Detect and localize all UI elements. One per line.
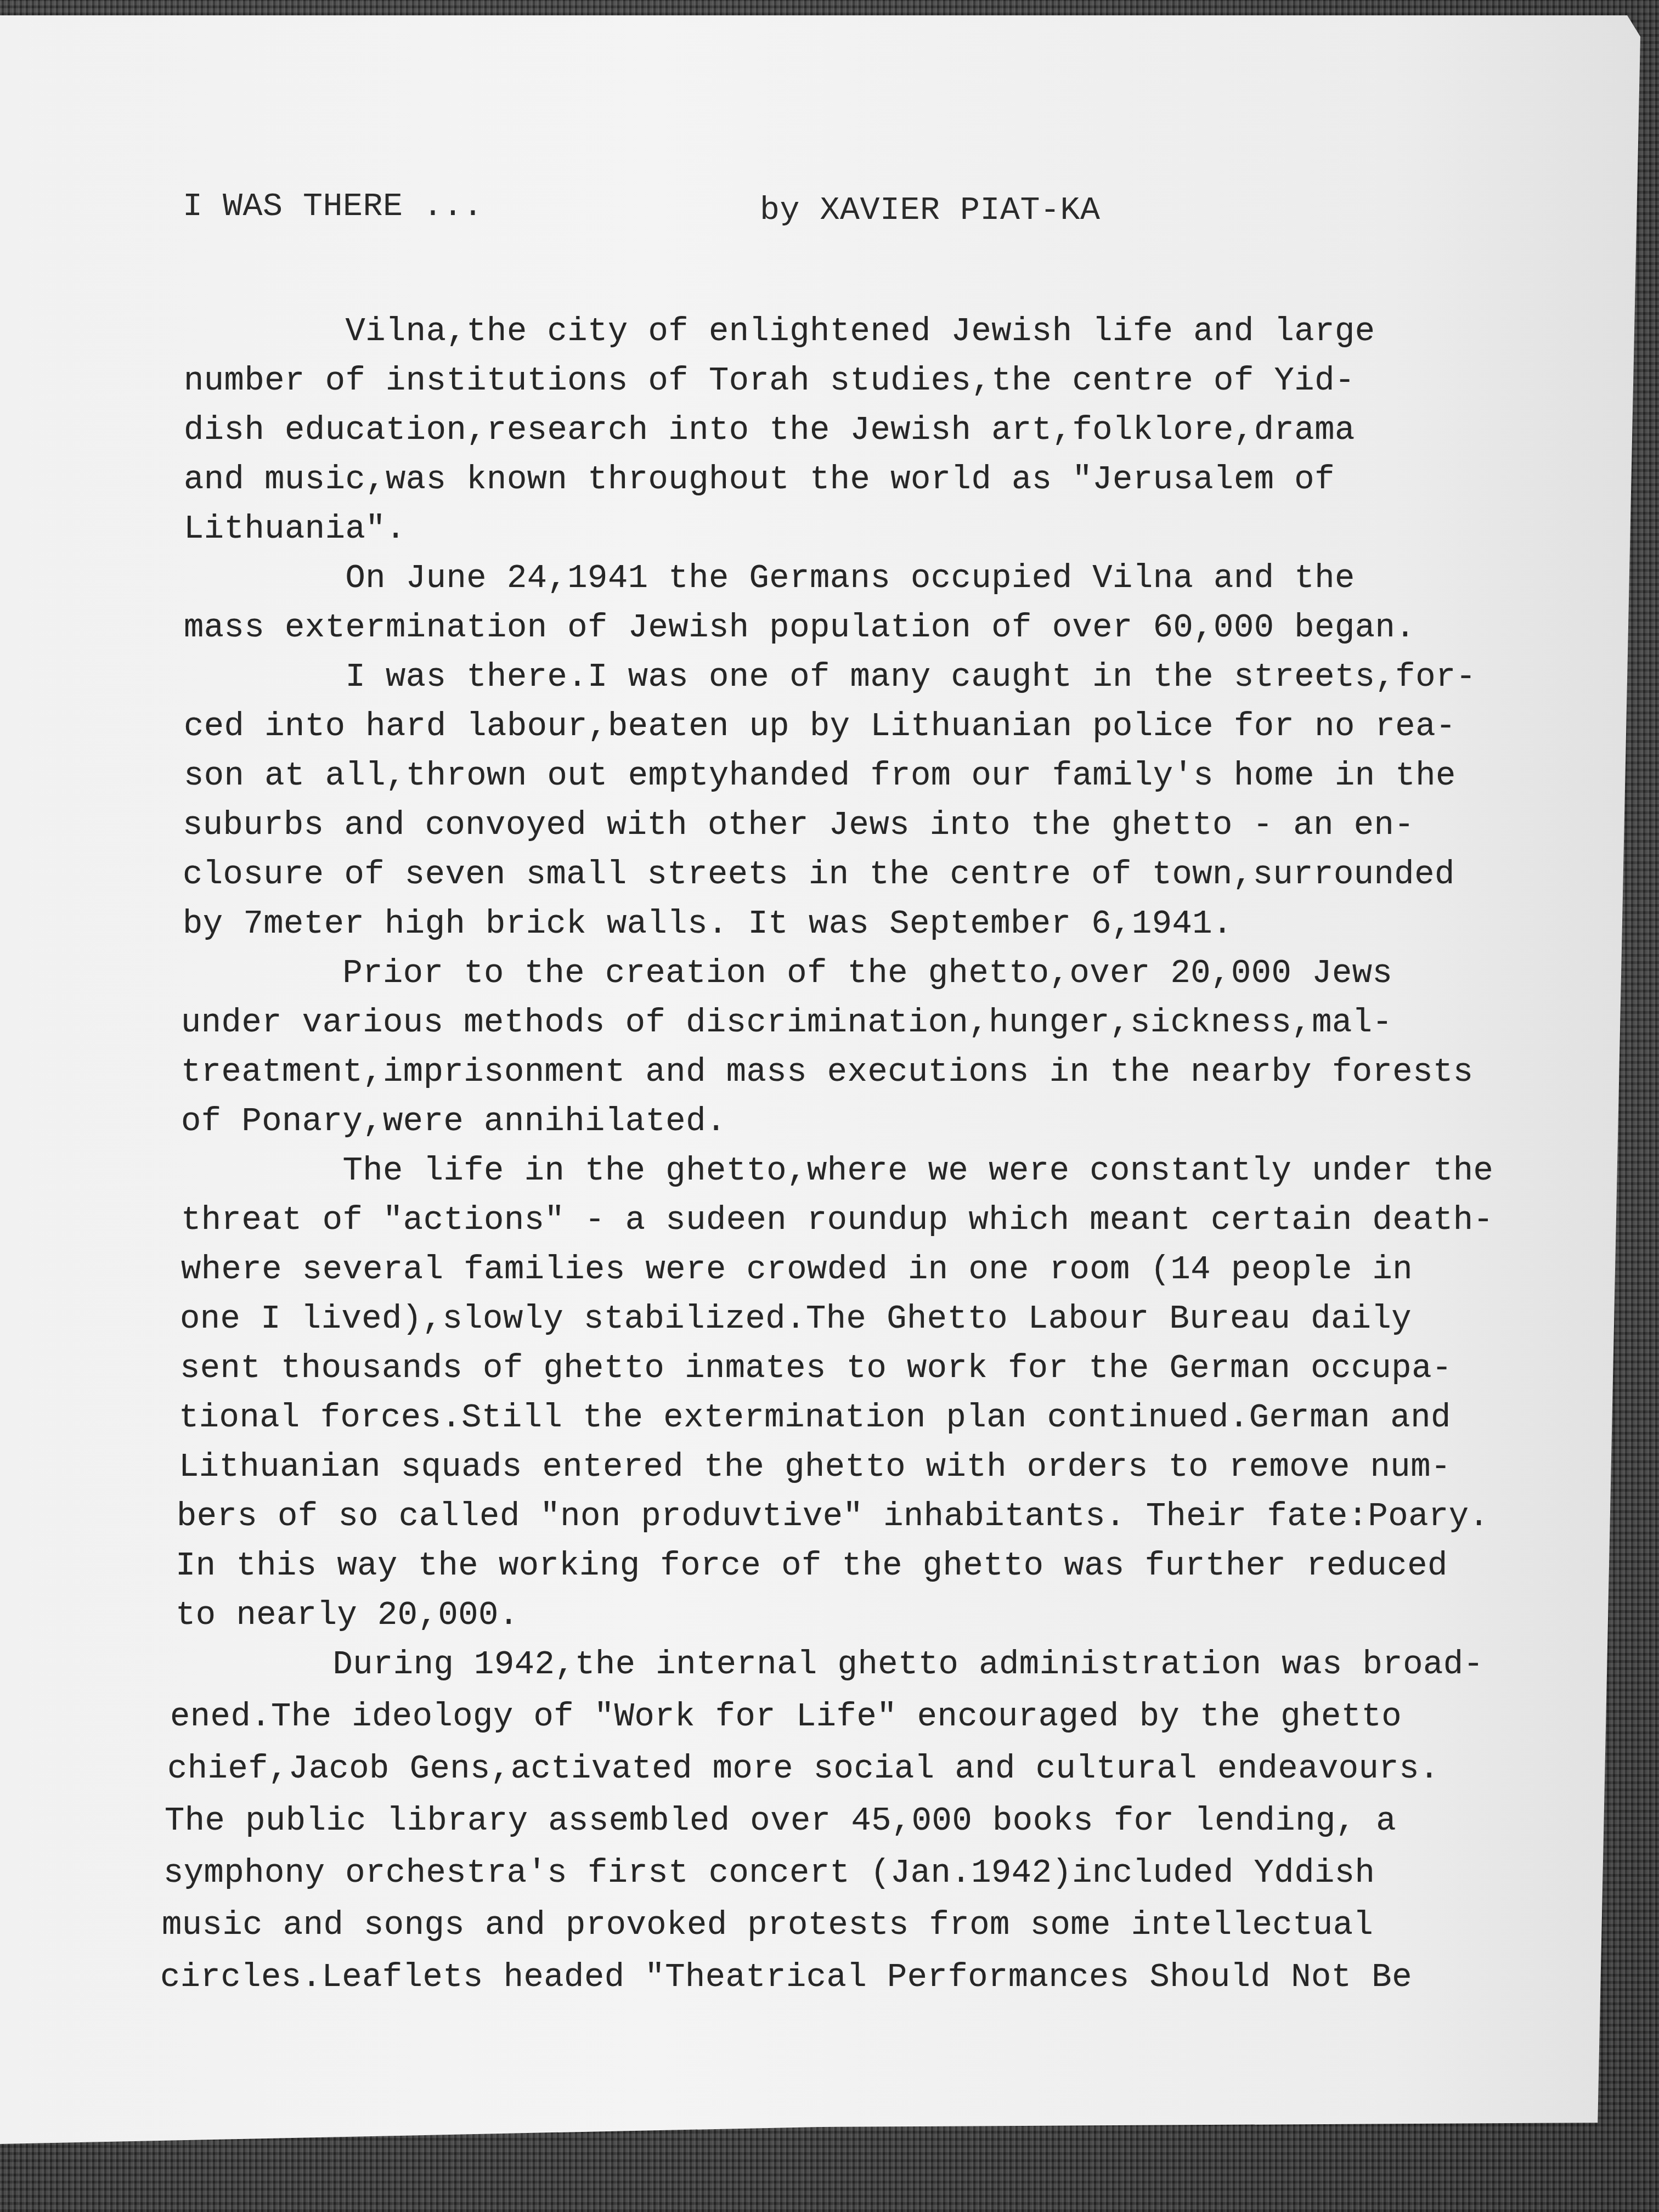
text-line: one I lived),slowly stabilized.The Ghett… <box>180 1303 1412 1336</box>
text-line: closure of seven small streets in the ce… <box>183 859 1455 892</box>
text-line: Prior to the creation of the ghetto,over… <box>181 957 1392 991</box>
text-line: The life in the ghetto,where we were con… <box>181 1155 1493 1188</box>
text-line: mass extermination of Jewish population … <box>184 612 1415 645</box>
text-line: symphony orchestra's first concert (Jan.… <box>163 1857 1375 1891</box>
text-line: The public library assembled over 45,000… <box>165 1805 1396 1838</box>
text-line: Vilna,the city of enlightened Jewish lif… <box>184 315 1375 349</box>
text-line: of Ponary,were annihilated. <box>181 1105 726 1139</box>
document-byline: by XAVIER PIAT-KA <box>760 192 1101 229</box>
text-line: treatment,imprisonment and mass executio… <box>181 1056 1474 1090</box>
document-title: I WAS THERE ... <box>183 188 483 225</box>
text-line: where several families were crowded in o… <box>181 1254 1413 1287</box>
text-line: tional forces.Still the extermination pl… <box>179 1402 1451 1435</box>
text-line: under various methods of discrimination,… <box>181 1007 1392 1040</box>
typewritten-document: I WAS THERE ... by XAVIER PIAT-KA Vilna,… <box>0 0 1659 2212</box>
text-line: On June 24,1941 the Germans occupied Vil… <box>184 562 1355 596</box>
text-line: Lithuania". <box>184 513 406 546</box>
text-line: ened.The ideology of "Work for Life" enc… <box>170 1701 1402 1734</box>
text-line: circles.Leaflets headed "Theatrical Perf… <box>160 1961 1412 1995</box>
text-line: bers of so called "non produvtive" inhab… <box>177 1500 1489 1534</box>
text-line: music and songs and provoked protests fr… <box>162 1909 1373 1943</box>
text-line: sent thousands of ghetto inmates to work… <box>180 1352 1452 1386</box>
text-line: I was there.I was one of many caught in … <box>184 661 1476 695</box>
text-line: to nearly 20,000. <box>176 1599 519 1633</box>
text-line: suburbs and convoyed with other Jews int… <box>183 809 1414 843</box>
text-line: dish education,research into the Jewish … <box>184 414 1355 448</box>
text-line: Lithuanian squads entered the ghetto wit… <box>179 1451 1451 1485</box>
text-line: ced into hard labour,beaten up by Lithua… <box>184 710 1456 744</box>
text-line: threat of "actions" - a sudeen roundup w… <box>181 1204 1493 1238</box>
text-line: In this way the working force of the ghe… <box>176 1550 1448 1583</box>
text-line: chief,Jacob Gens,activated more social a… <box>167 1753 1440 1786</box>
text-line: number of institutions of Torah studies,… <box>184 365 1355 398</box>
text-line: and music,was known throughout the world… <box>184 464 1335 497</box>
text-line: by 7meter high brick walls. It was Septe… <box>183 908 1233 941</box>
text-line: son at all,thrown out emptyhanded from o… <box>184 760 1456 793</box>
text-line: During 1942,the internal ghetto administ… <box>171 1649 1483 1682</box>
